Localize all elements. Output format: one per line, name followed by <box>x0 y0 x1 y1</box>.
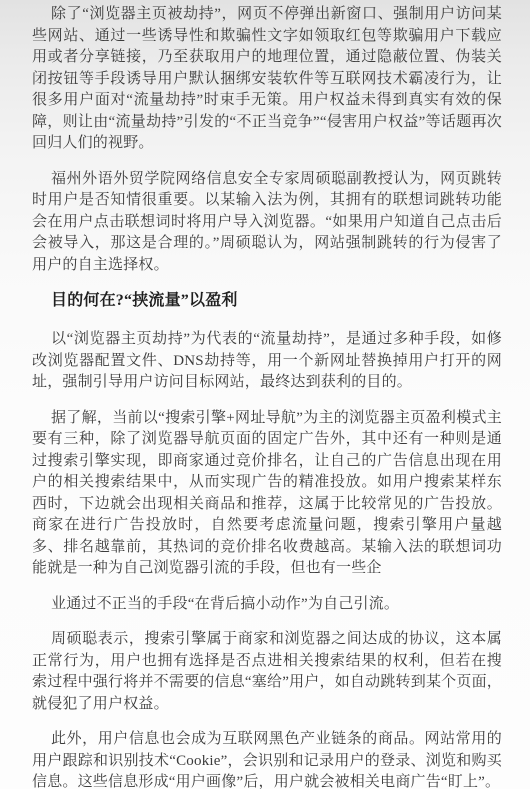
article-page: 除了“浏览器主页被劫持”，网页不停弹出新窗口、强制用户访问某些网站、通过一些诱导… <box>0 0 530 789</box>
article-paragraph: 除了“浏览器主页被劫持”，网页不停弹出新窗口、强制用户访问某些网站、通过一些诱导… <box>32 4 502 155</box>
section-heading: 目的何在?“挟流量”以盈利 <box>32 290 502 312</box>
article-paragraph: 据了解，当前以“搜索引擎+网址导航”为主的浏览器主页盈利模式主要有三种，除了浏览… <box>32 408 502 580</box>
article-paragraph: 以“浏览器主页劫持”为代表的“流量劫持”，是通过多种手段，如修改浏览器配置文件、… <box>32 329 502 394</box>
article-paragraph: 福州外语外贸学院网络信息安全专家周硕聪副教授认为，网页跳转时用户是否知情很重要。… <box>32 169 502 277</box>
article-paragraph: 此外，用户信息也会成为互联网黑色产业链条的商品。网站常用的用户跟踪和识别技术“C… <box>32 729 502 789</box>
article-paragraph: 业通过不正当的手段“在背后搞小动作”为自己引流。 <box>32 594 502 616</box>
article-paragraph: 周硕聪表示，搜索引擎属于商家和浏览器之间达成的协议，这本属正常行为，用户也拥有选… <box>32 629 502 715</box>
